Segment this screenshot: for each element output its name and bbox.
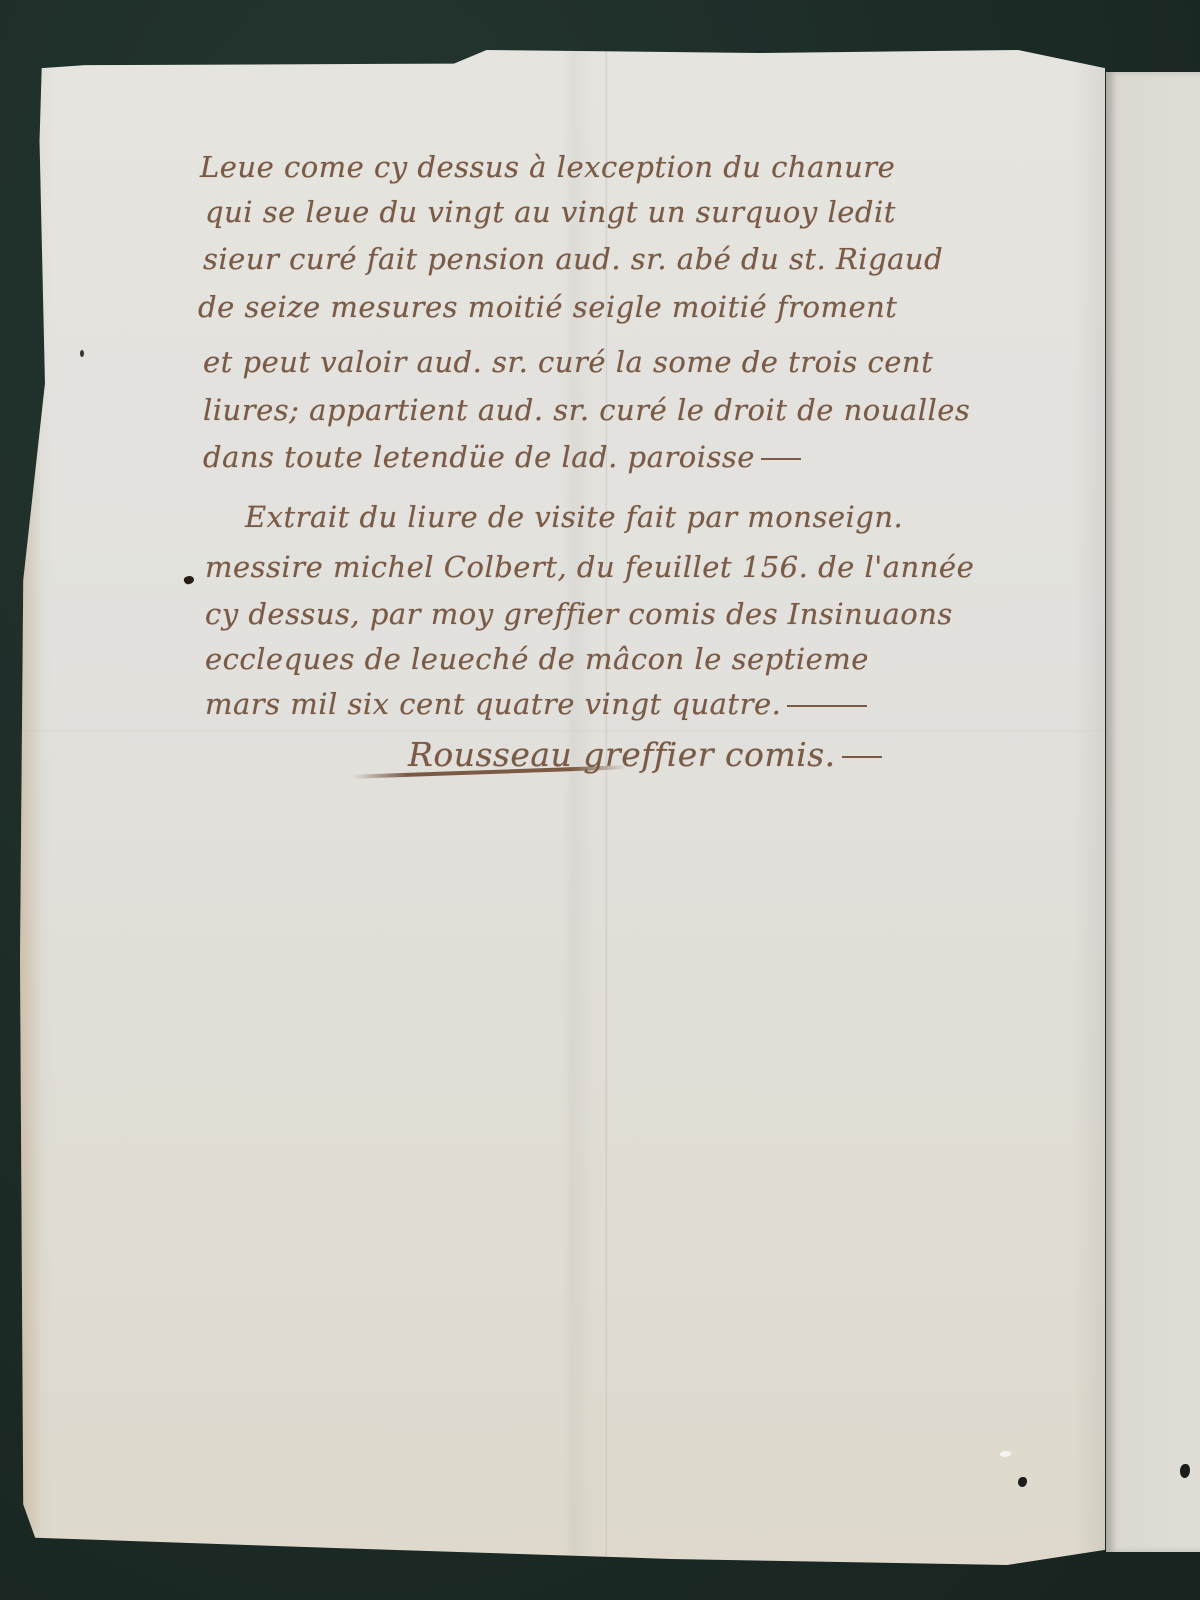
text-line: Leue come cy dessus à lexception du chan…: [200, 150, 895, 184]
text-line: cy dessus, par moy greffier comis des In…: [205, 597, 953, 631]
line-filler-dash: [842, 756, 882, 758]
text-line: liures; appartient aud. sr. curé le droi…: [203, 393, 970, 427]
text-line: eccleques de leueché de mâcon le septiem…: [205, 642, 869, 676]
text-line: de seize mesures moitié seigle moitié fr…: [198, 290, 897, 324]
handwritten-text: Leue come cy dessus à lexception du chan…: [0, 0, 1200, 1600]
signature: Rousseau greffier comis.: [408, 735, 882, 774]
line-filler-dash: [787, 705, 867, 707]
text-line: messire michel Colbert, du feuillet 156.…: [205, 550, 974, 584]
text-line: mars mil six cent quatre vingt quatre.: [205, 687, 867, 721]
text-line: Extrait du liure de visite fait par mons…: [245, 500, 903, 534]
text-line: et peut valoir aud. sr. curé la some de …: [203, 345, 933, 379]
line-filler-dash: [761, 458, 801, 460]
text-line: qui se leue du vingt au vingt un surquoy…: [205, 195, 896, 229]
text-line-content: mars mil six cent quatre vingt quatre.: [205, 687, 781, 721]
text-line: sieur curé fait pension aud. sr. abé du …: [203, 242, 943, 276]
text-line: dans toute letendüe de lad. paroisse: [203, 440, 801, 474]
text-line-content: dans toute letendüe de lad. paroisse: [203, 440, 755, 474]
